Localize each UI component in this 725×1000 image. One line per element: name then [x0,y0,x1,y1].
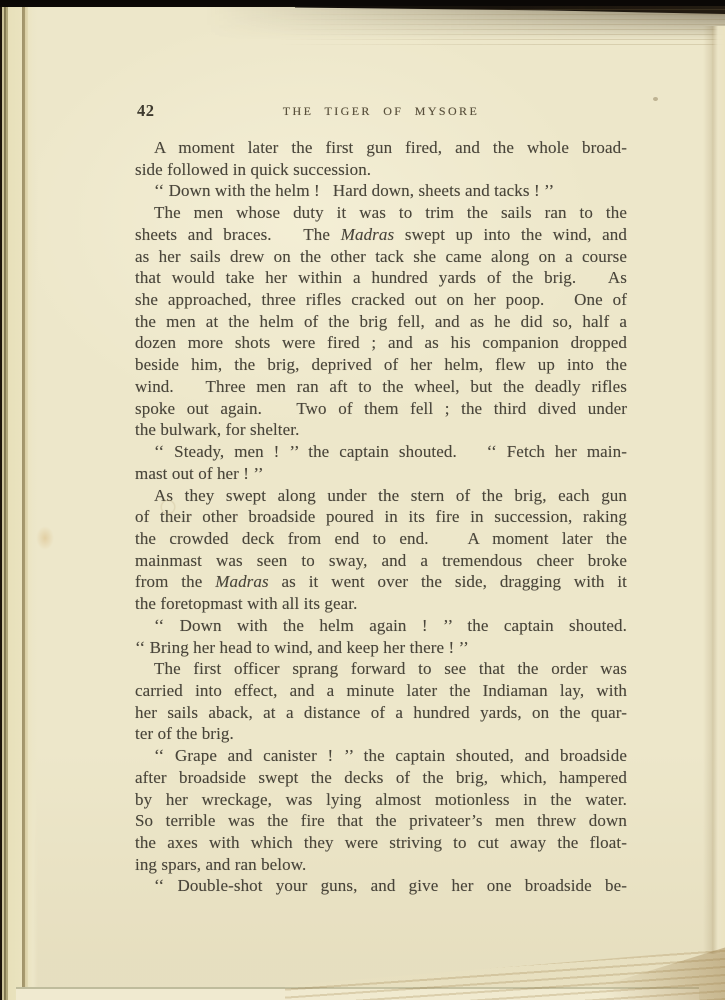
text-line: that would take her within a hundred yar… [135,267,627,289]
text-line: after broadside swept the decks of the b… [135,767,627,789]
book-page-scan: 42 THE TIGER OF MYSORE A moment later th… [0,0,725,1000]
left-page-edges [0,0,38,1000]
right-page-edge [703,26,725,954]
paper-speck [653,97,658,101]
text-line: The men whose duty it was to trim the sa… [135,202,627,224]
text-line: ‘‘ Bring her head to wind, and keep her … [135,637,627,659]
text-line: she approached, three rifles cracked out… [135,289,627,311]
text-line: So terrible was the fire that the privat… [135,810,627,832]
text-line: wind. Three men ran aft to the wheel, bu… [135,376,627,398]
text-line: the bulwark, for shelter. [135,419,627,441]
text-line: The first officer sprang forward to see … [135,658,627,680]
text-line: ‘‘ Steady, men ! ’’ the captain shouted.… [135,441,627,463]
text-line: carried into effect, and a minute later … [135,680,627,702]
running-header: THE TIGER OF MYSORE [135,104,627,119]
paper-stain [36,526,54,550]
text-line: side followed in quick succession. [135,159,627,181]
text-line: the foretopmast with all its gear. [135,593,627,615]
text-line: from the Madras as it went over the side… [135,571,627,593]
text-line: ‘‘ Down with the helm ! Hard down, sheet… [135,180,627,202]
text-line: A moment later the first gun fired, and … [135,137,627,159]
top-right-page-streaks [255,9,725,47]
paper-ring-mark [160,499,176,515]
text-line: the axes with which they were striving t… [135,832,627,854]
text-line: ter of the brig. [135,723,627,745]
text-line: dozen more shots were fired ; and as his… [135,332,627,354]
text-line: the men at the helm of the brig fell, an… [135,311,627,333]
text-line: As they swept along under the stern of t… [135,485,627,507]
text-line: of their other broadside poured in its f… [135,506,627,528]
text-line: spoke out again. Two of them fell ; the … [135,398,627,420]
page-header: 42 THE TIGER OF MYSORE [135,101,627,123]
text-line: the crowded deck from end to end. A mome… [135,528,627,550]
text-line: her sails aback, at a distance of a hund… [135,702,627,724]
text-line: sheets and braces. The Madras swept up i… [135,224,627,246]
text-line: ‘‘ Down with the helm again ! ’’ the cap… [135,615,627,637]
text-line: as her sails drew on the other tack she … [135,246,627,268]
text-line: beside him, the brig, deprived of her he… [135,354,627,376]
text-line: ‘‘ Double-shot your guns, and give her o… [135,875,627,897]
text-line: mainmast was seen to sway, and a tremend… [135,550,627,572]
text-line: ing spars, and ran below. [135,854,627,876]
body-text: A moment later the first gun fired, and … [135,137,627,897]
text-line: ‘‘ Grape and canister ! ’’ the captain s… [135,745,627,767]
text-line: mast out of her ! ’’ [135,463,627,485]
text-line: by her wreckage, was lying almost motion… [135,789,627,811]
